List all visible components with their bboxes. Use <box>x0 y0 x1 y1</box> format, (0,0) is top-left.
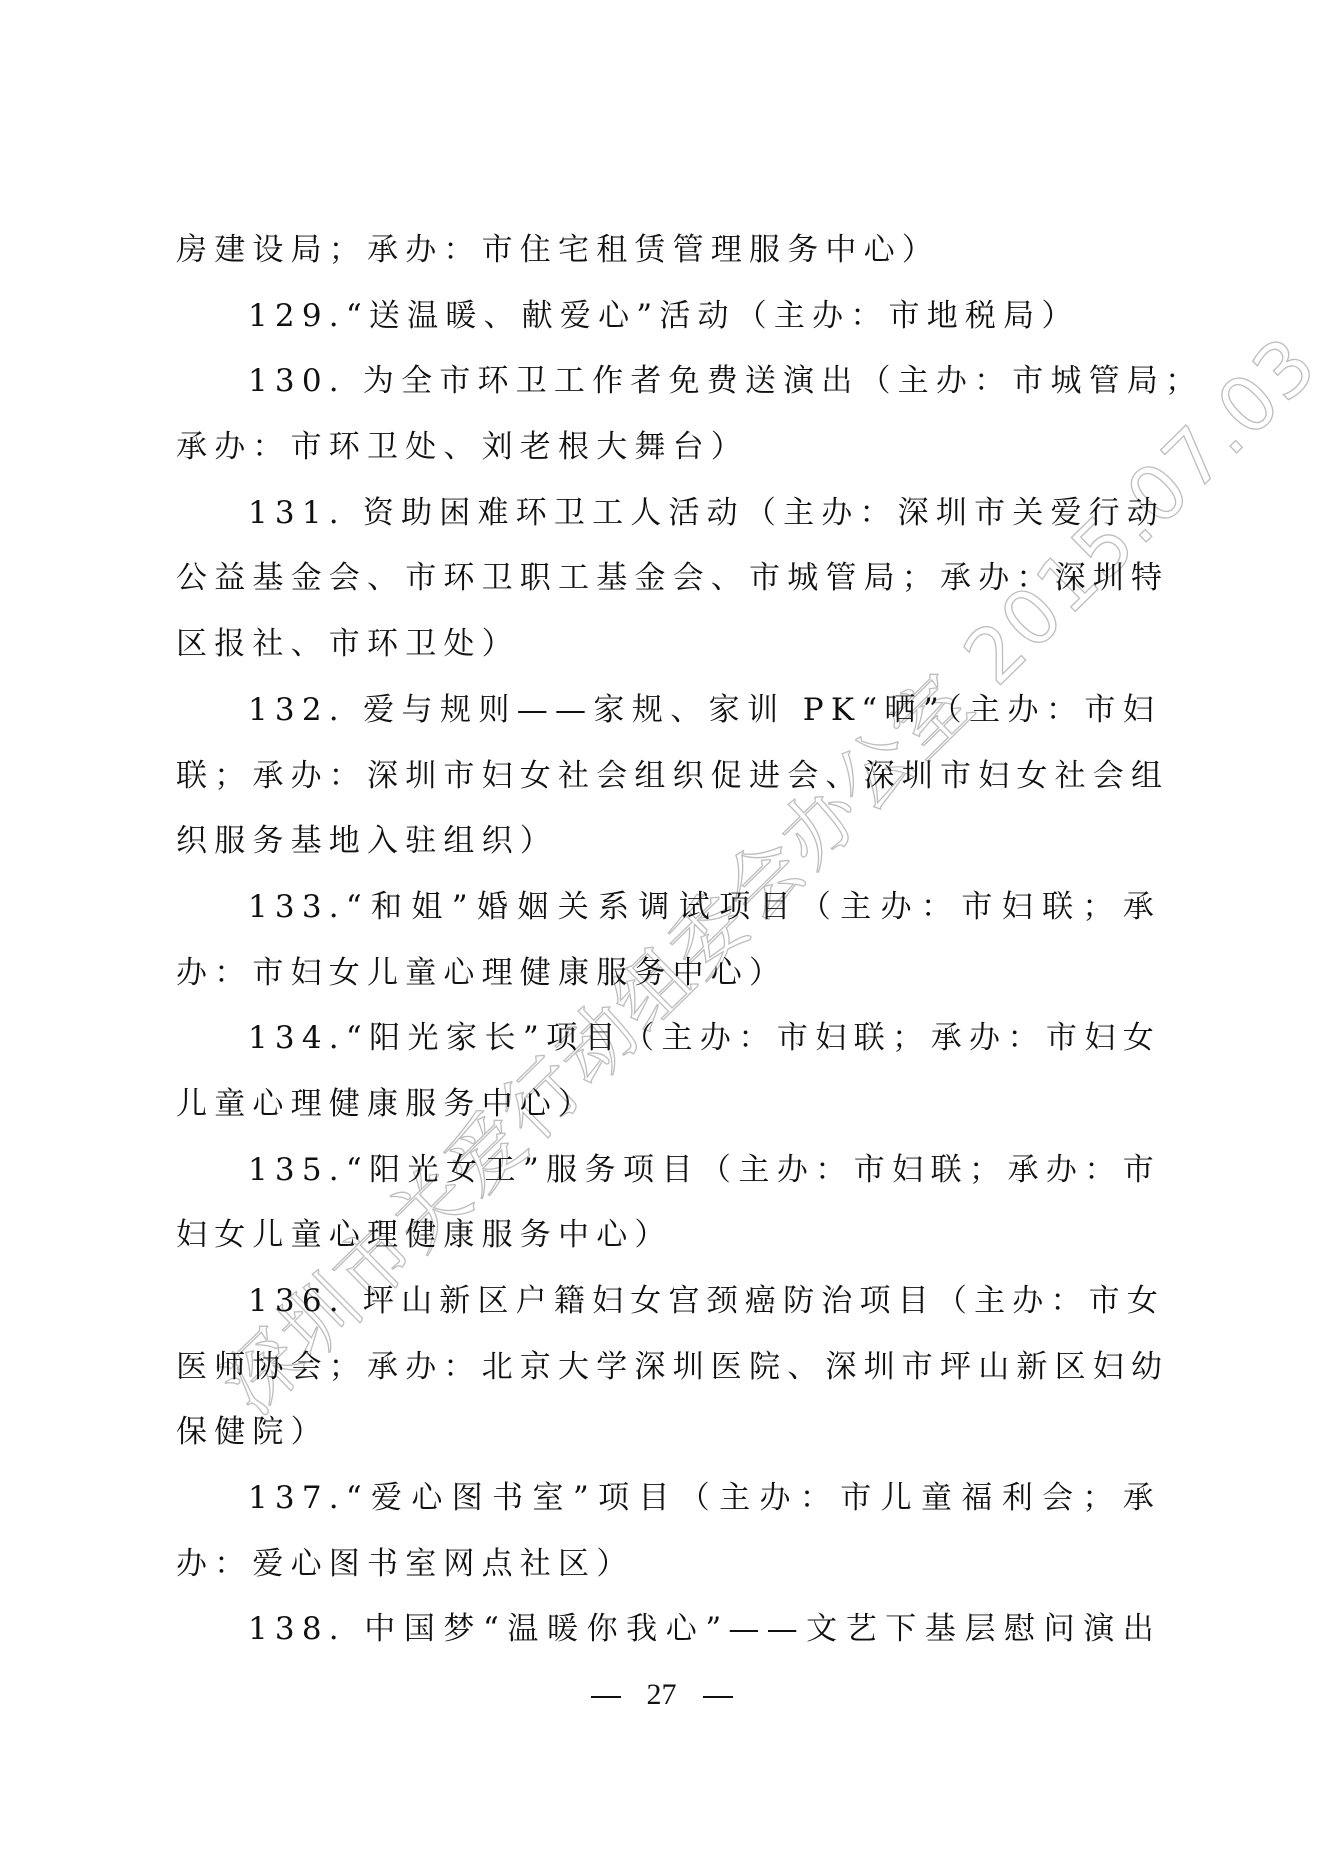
text-line: 承办：市环卫处、刘老根大舞台） <box>176 415 1161 481</box>
text-line: 公益基金会、市环卫职工基金会、市城管局；承办：深圳特 <box>176 546 1161 612</box>
text-line: 妇女儿童心理健康服务中心） <box>176 1203 1161 1269</box>
text-line: 137.“爱心图书室”项目（主办：市儿童福利会；承 <box>176 1466 1161 1532</box>
text-line: 135.“阳光女工”服务项目（主办：市妇联；承办：市 <box>176 1138 1161 1204</box>
text-line: 办：市妇女儿童心理健康服务中心） <box>176 941 1161 1007</box>
text-line: 131. 资助困难环卫工人活动（主办：深圳市关爱行动 <box>176 481 1161 547</box>
text-line: 136. 坪山新区户籍妇女宫颈癌防治项目（主办：市女 <box>176 1269 1161 1335</box>
text-line: 132. 爱与规则——家规、家训 PK“晒”（主办：市妇 <box>176 678 1161 744</box>
text-line: 房建设局；承办：市住宅租赁管理服务中心） <box>176 218 1161 284</box>
text-line: 联；承办：深圳市妇女社会组织促进会、深圳市妇女社会组 <box>176 744 1161 810</box>
text-line: 130. 为全市环卫工作者免费送演出（主办：市城管局； <box>176 349 1161 415</box>
text-line: 129.“送温暖、献爱心”活动（主办：市地税局） <box>176 284 1161 350</box>
document-page: 深圳市关爱行动组委会办公室 2015.07.03 房建设局；承办：市住宅租赁管理… <box>0 0 1323 1871</box>
text-line: 133.“和姐”婚姻关系调试项目（主办：市妇联；承 <box>176 875 1161 941</box>
dash-right <box>703 1696 733 1698</box>
text-line: 织服务基地入驻组织） <box>176 809 1161 875</box>
text-line: 138. 中国梦“温暖你我心”——文艺下基层慰问演出 <box>176 1597 1161 1663</box>
text-line: 儿童心理健康服务中心） <box>176 1072 1161 1138</box>
body-text: 房建设局；承办：市住宅租赁管理服务中心） 129.“送温暖、献爱心”活动（主办：… <box>176 218 1161 1663</box>
page-number: 27 <box>0 1678 1323 1712</box>
text-line: 区报社、市环卫处） <box>176 612 1161 678</box>
dash-left <box>591 1696 621 1698</box>
text-line: 办：爱心图书室网点社区） <box>176 1532 1161 1598</box>
page-number-value: 27 <box>647 1678 677 1711</box>
text-line: 134.“阳光家长”项目（主办：市妇联；承办：市妇女 <box>176 1006 1161 1072</box>
text-line: 保健院） <box>176 1400 1161 1466</box>
text-line: 医师协会；承办：北京大学深圳医院、深圳市坪山新区妇幼 <box>176 1335 1161 1401</box>
